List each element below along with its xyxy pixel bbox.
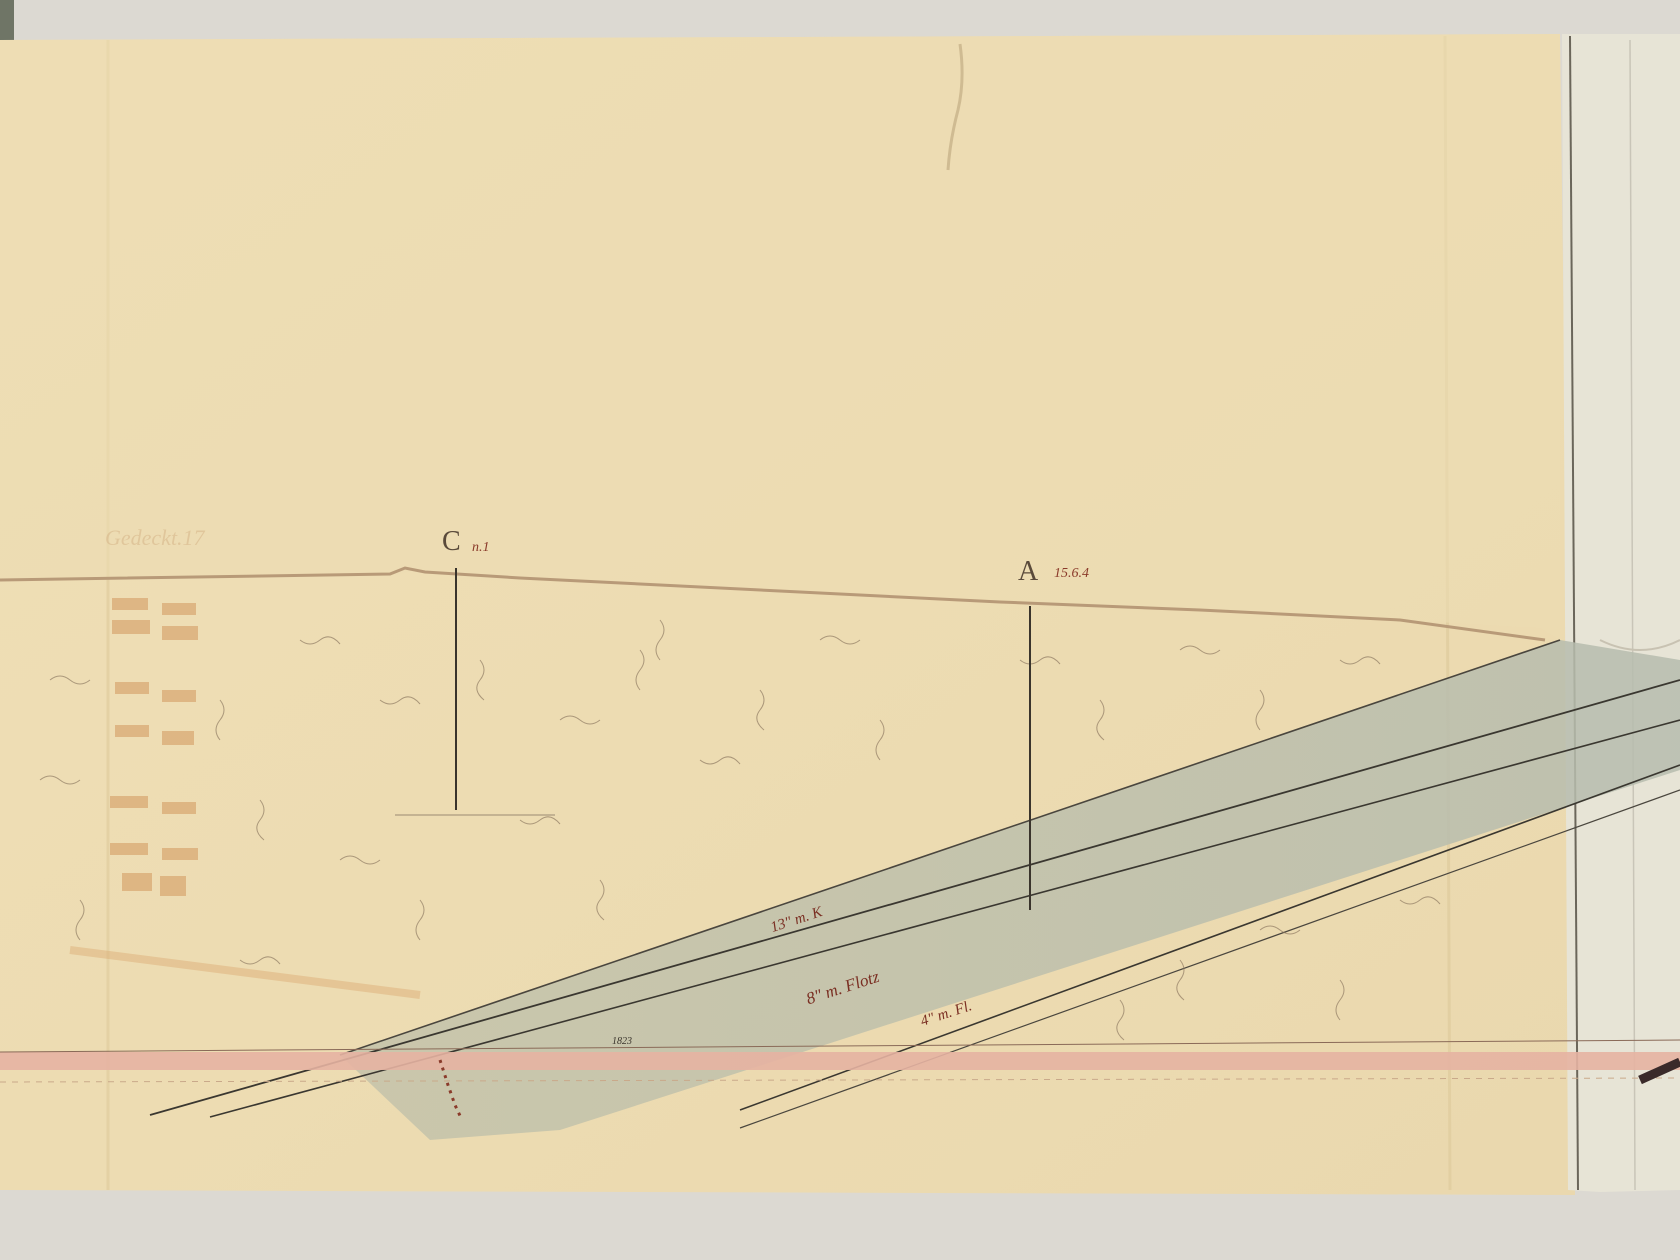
right-paper-flap — [1562, 34, 1680, 1192]
pink-horizon-band — [0, 1052, 1680, 1070]
shaft-c-letter: C — [442, 526, 461, 558]
shaft-a-annotation: 15.6.4 — [1054, 566, 1089, 582]
faded-label: Gedeckt.17 — [105, 525, 205, 551]
section-svg — [0, 0, 1680, 1260]
shaft-a-letter: A — [1018, 556, 1038, 588]
shaft-c-annotation: n.1 — [472, 540, 490, 556]
pink-band-mark: 1823 — [612, 1036, 632, 1047]
geological-section-drawing: C n.1 A 15.6.4 13" m. K 8" m. Flotz 4" m… — [0, 0, 1680, 1260]
